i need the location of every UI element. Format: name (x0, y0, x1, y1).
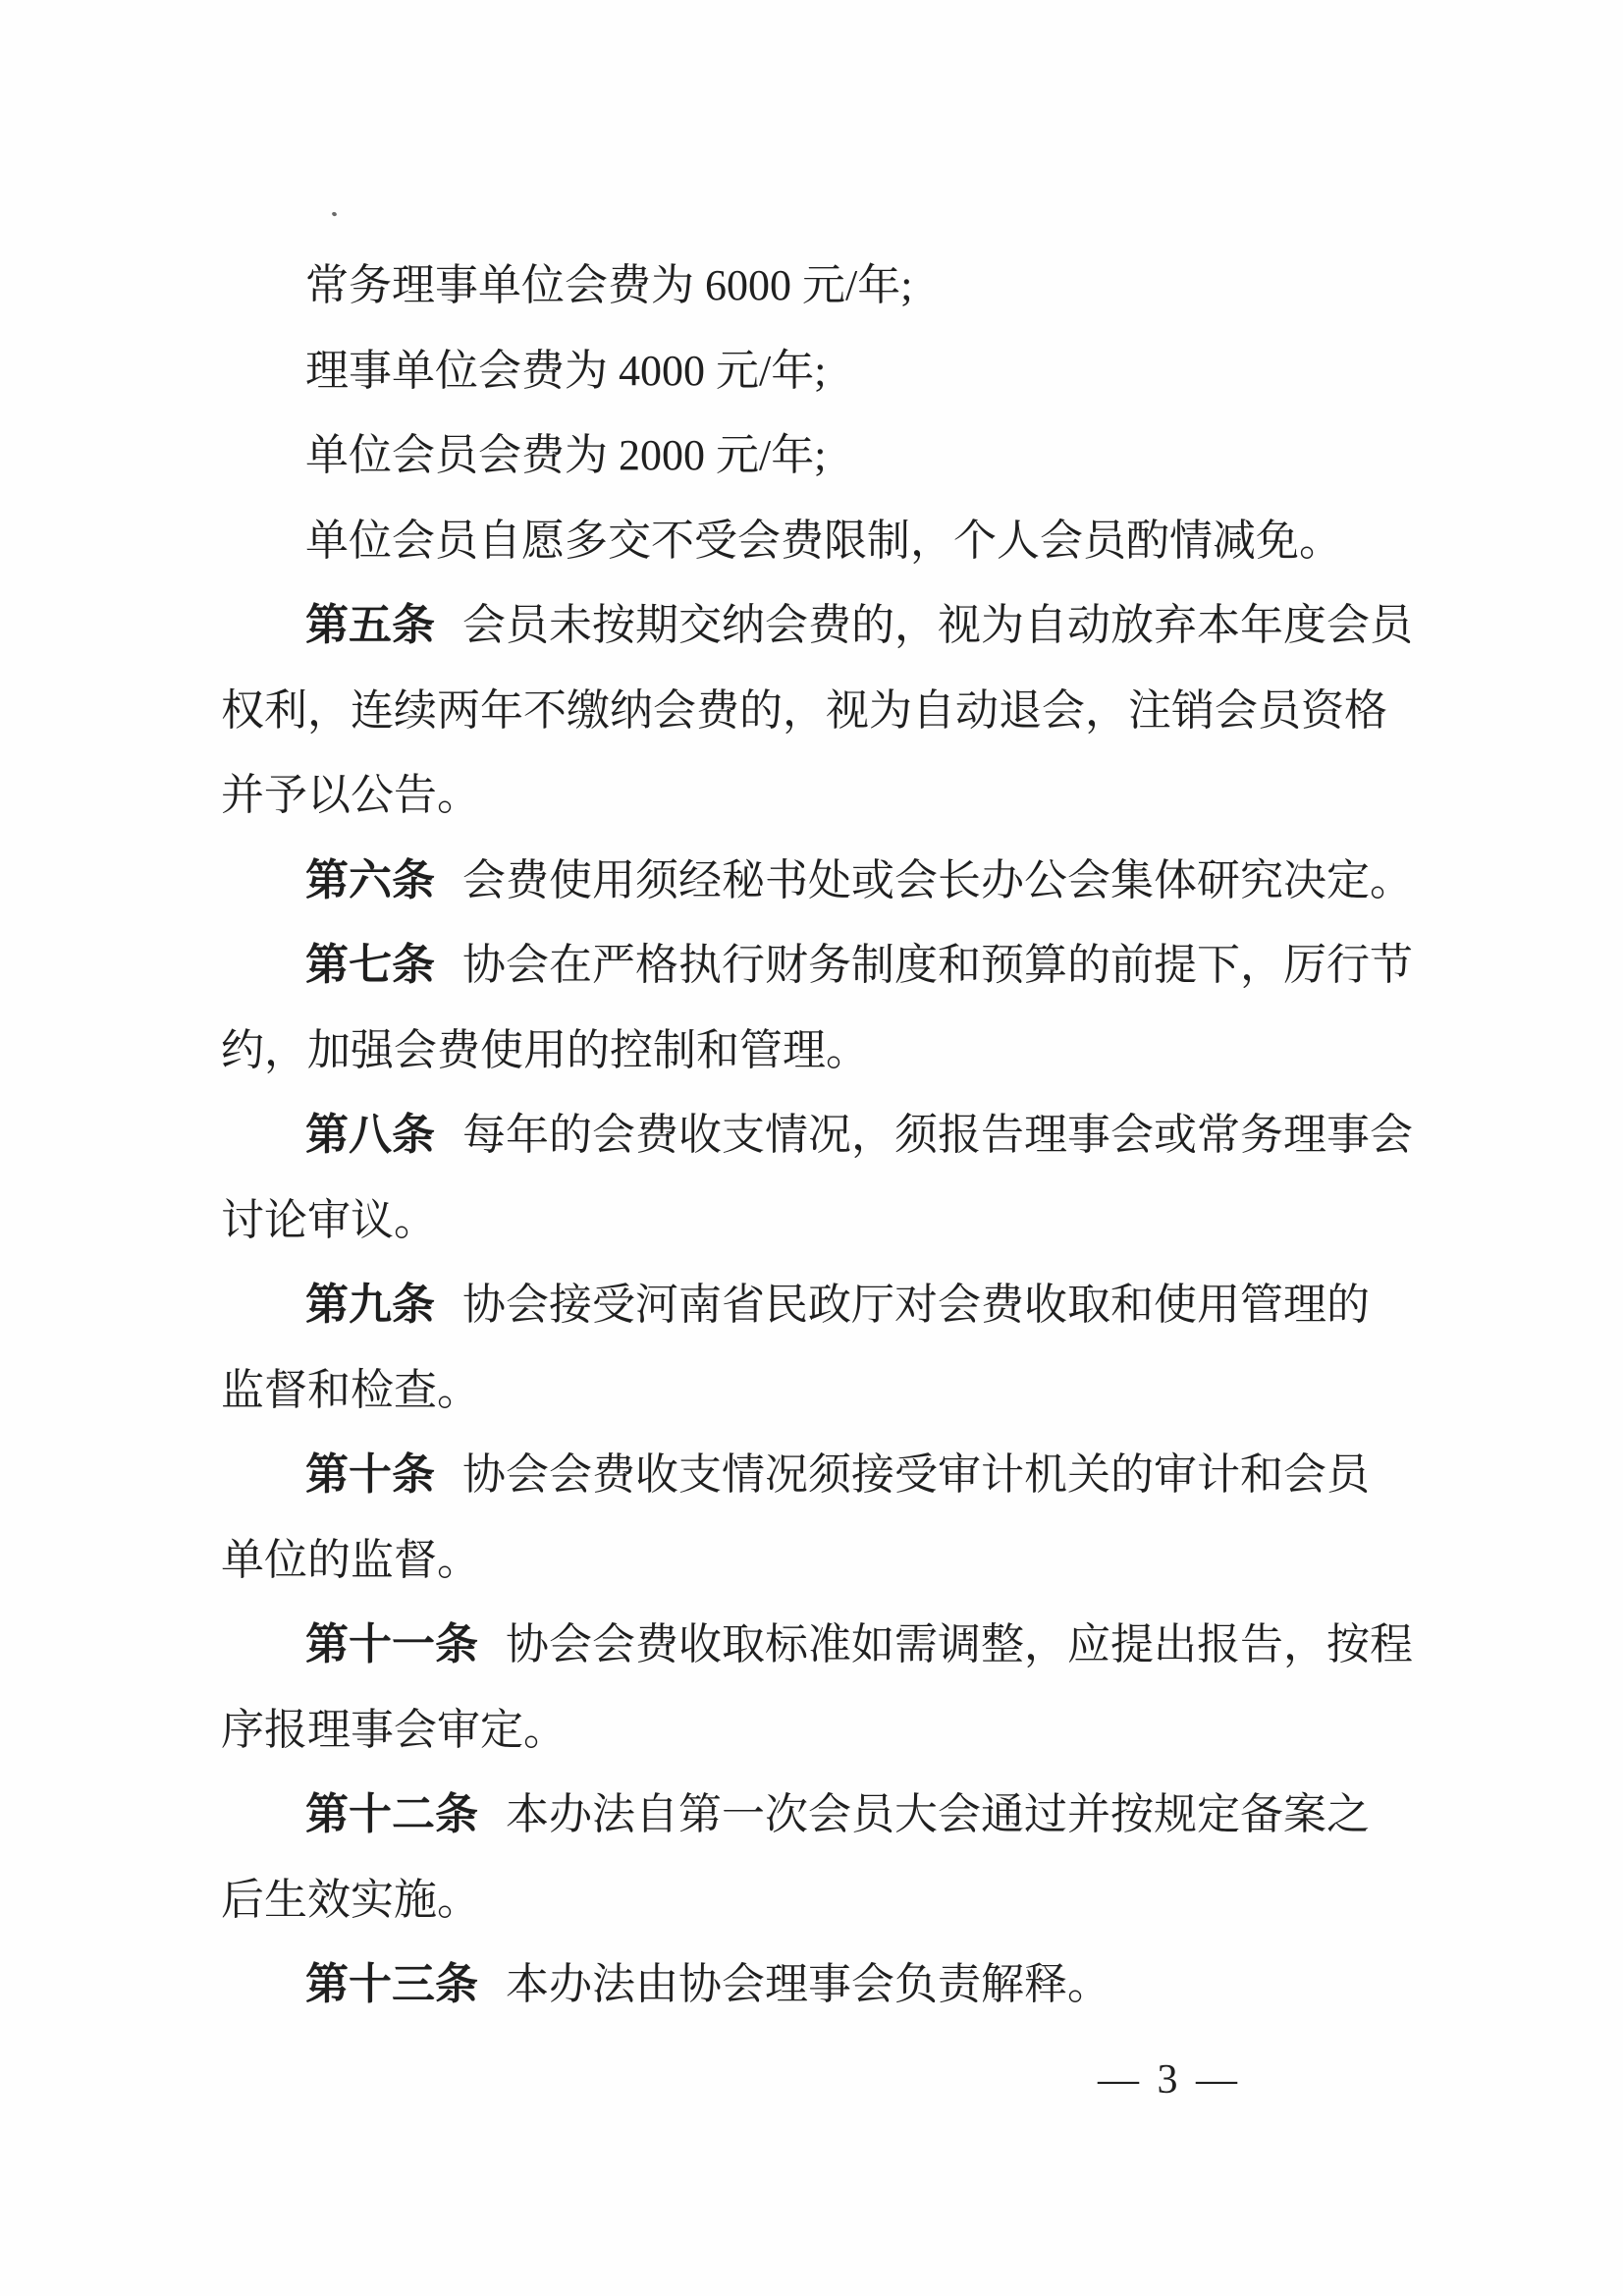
article-number: 第十条 (305, 1450, 435, 1499)
line-text: 单位会员自愿多交不受会费限制，个人会员酌情减免。 (305, 517, 1342, 565)
document-line: 第十二条本办法自第一次会员大会通过并按规定备案之 (221, 1773, 1399, 1858)
document-line: 第八条每年的会费收支情况，须报告理事会或常务理事会 (221, 1093, 1399, 1178)
document-line: 监督和检查。 (221, 1348, 1399, 1434)
document-body: 常务理事单位会费为 6000 元/年; 理事单位会费为 4000 元/年; 单位… (221, 244, 1399, 2028)
article-number: 第十三条 (305, 1960, 478, 2008)
document-line: 理事单位会费为 4000 元/年; (221, 329, 1399, 414)
document-line: 第九条协会接受河南省民政厅对会费收取和使用管理的 (221, 1263, 1399, 1348)
document-line: 单位会员会费为 2000 元/年; (221, 413, 1399, 499)
line-text: 本办法自第一次会员大会通过并按规定备案之 (506, 1790, 1370, 1838)
document-line: 序报理事会审定。 (221, 1688, 1399, 1774)
document-line: 常务理事单位会费为 6000 元/年; (221, 244, 1399, 329)
line-text: 并予以公告。 (221, 771, 480, 819)
article-number: 第五条 (305, 601, 435, 649)
line-text: 讨论审议。 (221, 1196, 437, 1244)
line-text: 单位的监督。 (221, 1536, 480, 1584)
article-number: 第十二条 (305, 1790, 478, 1838)
document-line: 第五条会员未按期交纳会费的，视为自动放弃本年度会员 (221, 583, 1399, 669)
line-text: 会费使用须经秘书处或会长办公会集体研究决定。 (462, 856, 1413, 904)
document-line: 并予以公告。 (221, 753, 1399, 839)
line-text: 约，加强会费使用的控制和管理。 (221, 1026, 869, 1074)
document-line: 权利，连续两年不缴纳会费的，视为自动退会，注销会员资格 (221, 669, 1399, 754)
document-line: 后生效实施。 (221, 1858, 1399, 1943)
line-text: 单位会员会费为 2000 元/年; (305, 431, 826, 479)
document-line: 第六条会费使用须经秘书处或会长办公会集体研究决定。 (221, 839, 1399, 924)
line-text: 本办法由协会理事会负责解释。 (506, 1960, 1110, 2008)
line-text: 常务理事单位会费为 6000 元/年; (305, 261, 912, 309)
line-text: 协会会费收取标准如需调整，应提出报告，按程 (506, 1620, 1413, 1668)
line-text: 权利，连续两年不缴纳会费的，视为自动退会，注销会员资格 (221, 686, 1387, 735)
line-text: 后生效实施。 (221, 1876, 480, 1924)
line-text: 会员未按期交纳会费的，视为自动放弃本年度会员 (462, 601, 1413, 649)
scan-speck (331, 211, 337, 217)
line-text: 协会接受河南省民政厅对会费收取和使用管理的 (462, 1281, 1370, 1329)
line-text: 理事单位会费为 4000 元/年; (305, 347, 826, 395)
line-text: 协会会费收支情况须接受审计机关的审计和会员 (462, 1450, 1370, 1499)
article-number: 第七条 (305, 941, 435, 989)
article-number: 第十一条 (305, 1620, 478, 1668)
document-line: 单位的监督。 (221, 1518, 1399, 1604)
line-text: 监督和检查。 (221, 1366, 480, 1414)
article-number: 第六条 (305, 856, 435, 904)
line-text: 协会在严格执行财务制度和预算的前提下，厉行节 (462, 941, 1413, 989)
document-line: 第十一条协会会费收取标准如需调整，应提出报告，按程 (221, 1603, 1399, 1688)
line-text: 每年的会费收支情况，须报告理事会或常务理事会 (462, 1111, 1413, 1159)
document-line: 约，加强会费使用的控制和管理。 (221, 1009, 1399, 1094)
document-line: 第七条协会在严格执行财务制度和预算的前提下，厉行节 (221, 923, 1399, 1009)
page-number: — 3 — (1098, 2056, 1241, 2104)
article-number: 第九条 (305, 1281, 435, 1329)
document-line: 第十三条本办法由协会理事会负责解释。 (221, 1942, 1399, 2028)
document-line: 第十条协会会费收支情况须接受审计机关的审计和会员 (221, 1433, 1399, 1518)
document-line: 单位会员自愿多交不受会费限制，个人会员酌情减免。 (221, 499, 1399, 584)
line-text: 序报理事会审定。 (221, 1706, 567, 1754)
document-line: 讨论审议。 (221, 1178, 1399, 1264)
document-page: 常务理事单位会费为 6000 元/年; 理事单位会费为 4000 元/年; 单位… (0, 0, 1623, 2296)
article-number: 第八条 (305, 1111, 435, 1159)
